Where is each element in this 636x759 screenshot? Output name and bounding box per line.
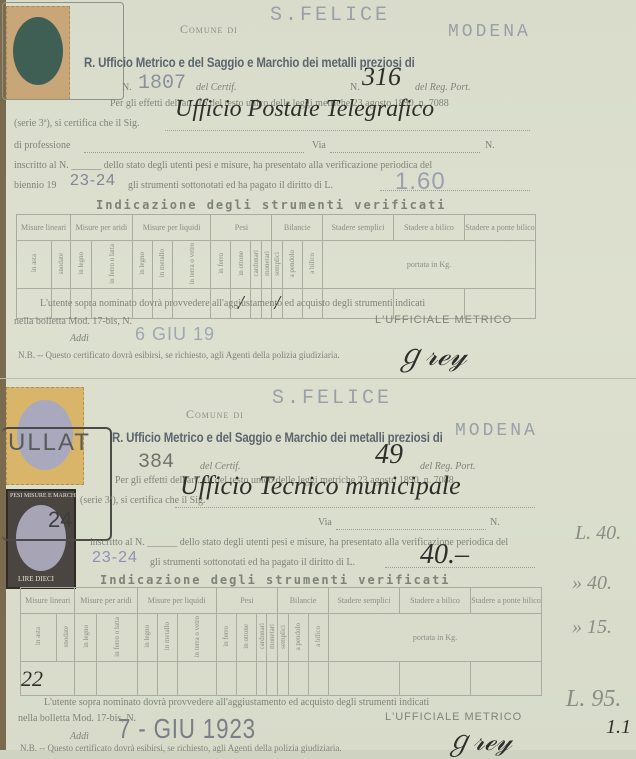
- subcol: semplici: [273, 252, 281, 276]
- subcol: in metallo: [158, 249, 166, 277]
- subcol: in legno: [143, 625, 151, 648]
- subcol: in ferro o latta: [108, 244, 116, 284]
- comune-label: Comune di: [186, 407, 244, 422]
- col-group: Misure per aridi: [75, 588, 137, 614]
- date-stamp: 7 - GIU 1923: [118, 713, 256, 745]
- col-group: Misure per aridi: [71, 215, 133, 241]
- subcol: snodate: [62, 626, 70, 647]
- cert-number: 1807: [138, 72, 186, 95]
- col-group: Stadere a bilico: [400, 588, 471, 614]
- reg-number: 49: [375, 439, 403, 471]
- subcol: in ferro o latta: [113, 617, 121, 657]
- reg-number: 316: [362, 62, 401, 92]
- margin-note: 1.1: [606, 716, 631, 739]
- date-label: Addì: [70, 731, 89, 742]
- subcol: in metallo: [163, 622, 171, 650]
- via-label: Via: [312, 140, 326, 151]
- fee-value: 40.–: [420, 539, 469, 571]
- document-scan: Comune di S.FELICE MODENA R. Ufficio Met…: [0, 0, 636, 750]
- paid-text: gli strumenti sottonotati ed ha pagato i…: [150, 557, 355, 568]
- cancel-text: ULLAT: [8, 429, 91, 457]
- subcol: semplici: [279, 625, 287, 649]
- comune-stamp: S.FELICE: [272, 387, 392, 410]
- col-group: Bilancie: [272, 215, 323, 241]
- certificate-2: PESI MISURE E MARCHI LIRE DIECI ULLAT 24…: [0, 378, 636, 750]
- province-stamp: MODENA: [455, 421, 538, 441]
- stamp-label-bottom: LIRE DIECI: [18, 575, 54, 583]
- subcol: snodate: [57, 253, 65, 274]
- officer-label: L'UFFICIALE METRICO: [375, 314, 512, 326]
- serie-text: (serie 3ª), si certifica che il Sig.: [14, 118, 140, 129]
- inscribed-text: inscritto al N. ______ dello stato degli…: [14, 160, 432, 171]
- cert-number-label: N.: [122, 82, 132, 93]
- col-group: Misure lineari: [17, 215, 71, 241]
- margin-note: » 40.: [572, 572, 612, 595]
- officer-signature: ℊ𝓇ℯ𝓎: [395, 330, 467, 374]
- margin-note: L. 40.: [575, 522, 621, 545]
- col-group: Misure per liquidi: [137, 588, 216, 614]
- subcol: monetari: [268, 624, 276, 649]
- col-group: Pesi: [211, 215, 272, 241]
- col-group: Pesi: [216, 588, 277, 614]
- cancel-frame: [2, 2, 124, 100]
- subcol: a pendolo: [294, 623, 302, 650]
- reg-number-label: N.: [350, 82, 360, 93]
- officer-signature: ℊ𝓇ℯ𝓎: [445, 719, 512, 750]
- subcol: in asta: [30, 254, 38, 272]
- n-label: N.: [490, 517, 500, 528]
- subcol: cardonari: [252, 250, 260, 276]
- subcol: in ottone: [237, 251, 245, 276]
- subcol: in ferro: [217, 253, 225, 274]
- cert-number: 384: [138, 451, 174, 474]
- subcol: monetari: [263, 251, 271, 276]
- comune-label: Comune di: [180, 22, 238, 37]
- subcol: in ferro: [222, 626, 230, 647]
- capacity-label: portata in Kg.: [323, 241, 536, 289]
- subcol: in ottone: [242, 624, 250, 649]
- certificate-1: Comune di S.FELICE MODENA R. Ufficio Met…: [0, 0, 636, 372]
- margin-note: » 15.: [572, 616, 612, 639]
- subcol: in asta: [34, 627, 42, 645]
- reg-label: del Reg. Port.: [415, 82, 471, 93]
- section-title: Indicazione degli strumenti verificati: [100, 573, 451, 587]
- date-label: Addì: [70, 333, 89, 344]
- date-stamp: 6 GIU 19: [135, 324, 215, 345]
- n-label: N.: [485, 140, 495, 151]
- bolletta-text: nella bolletta Mod. 17-bis, N.: [14, 316, 132, 327]
- biennio-value: 23-24: [92, 549, 138, 567]
- nb-text: N.B. -- Questo certificato dovrà esibirs…: [18, 350, 340, 360]
- nb-text: N.B. -- Questo certificato dovrà esibirs…: [20, 743, 342, 750]
- col-group: Stadere a ponte bilico: [471, 588, 542, 614]
- holder-name: Ufficio Tecnico municipale: [180, 471, 461, 501]
- fee-value: 1.60: [395, 168, 446, 196]
- col-group: Bilancie: [278, 588, 329, 614]
- col-group: Stadere semplici: [329, 588, 400, 614]
- notice-text: L'utente sopra nominato dovrà provvedere…: [40, 298, 425, 309]
- cancel-year: 24: [48, 507, 72, 533]
- section-title: Indicazione degli strumenti verificati: [96, 198, 447, 212]
- subcol: in terra o vetro: [188, 243, 196, 284]
- notice-text: L'utente sopra nominato dovrà provvedere…: [44, 697, 429, 708]
- via-label: Via: [318, 517, 332, 528]
- comune-stamp: S.FELICE: [270, 4, 390, 27]
- paid-text: gli strumenti sottonotati ed ha pagato i…: [128, 180, 333, 191]
- holder-name: Ufficio Postale Telegrafico: [175, 96, 434, 123]
- subcol: a bilico: [314, 626, 322, 647]
- col-group: Stadere semplici: [323, 215, 394, 241]
- col-group: Misure lineari: [21, 588, 75, 614]
- subcol: in legno: [82, 625, 90, 648]
- subcol: a bilico: [308, 253, 316, 274]
- subcol: in terra o vetro: [193, 616, 201, 657]
- subcol: a pendolo: [288, 250, 296, 277]
- col-group: Misure per liquidi: [132, 215, 211, 241]
- subcol: in legno: [77, 252, 85, 275]
- biennio-value: 23-24: [70, 172, 116, 190]
- province-stamp: MODENA: [448, 22, 531, 42]
- col-group: Stadere a ponte bilico: [465, 215, 536, 241]
- table-mark: 22: [21, 662, 75, 696]
- instruments-table: Misure lineari Misure per aridi Misure p…: [20, 587, 542, 696]
- subcol: in legno: [138, 252, 146, 275]
- cert-label: del Certif.: [196, 82, 237, 93]
- profession-label: di professione: [14, 140, 70, 151]
- margin-note: L. 95.: [566, 686, 621, 713]
- col-group: Stadere a bilico: [394, 215, 465, 241]
- biennio-label: biennio 19: [14, 180, 57, 191]
- capacity-label: portata in Kg.: [329, 614, 542, 662]
- subcol: cardonari: [258, 623, 266, 649]
